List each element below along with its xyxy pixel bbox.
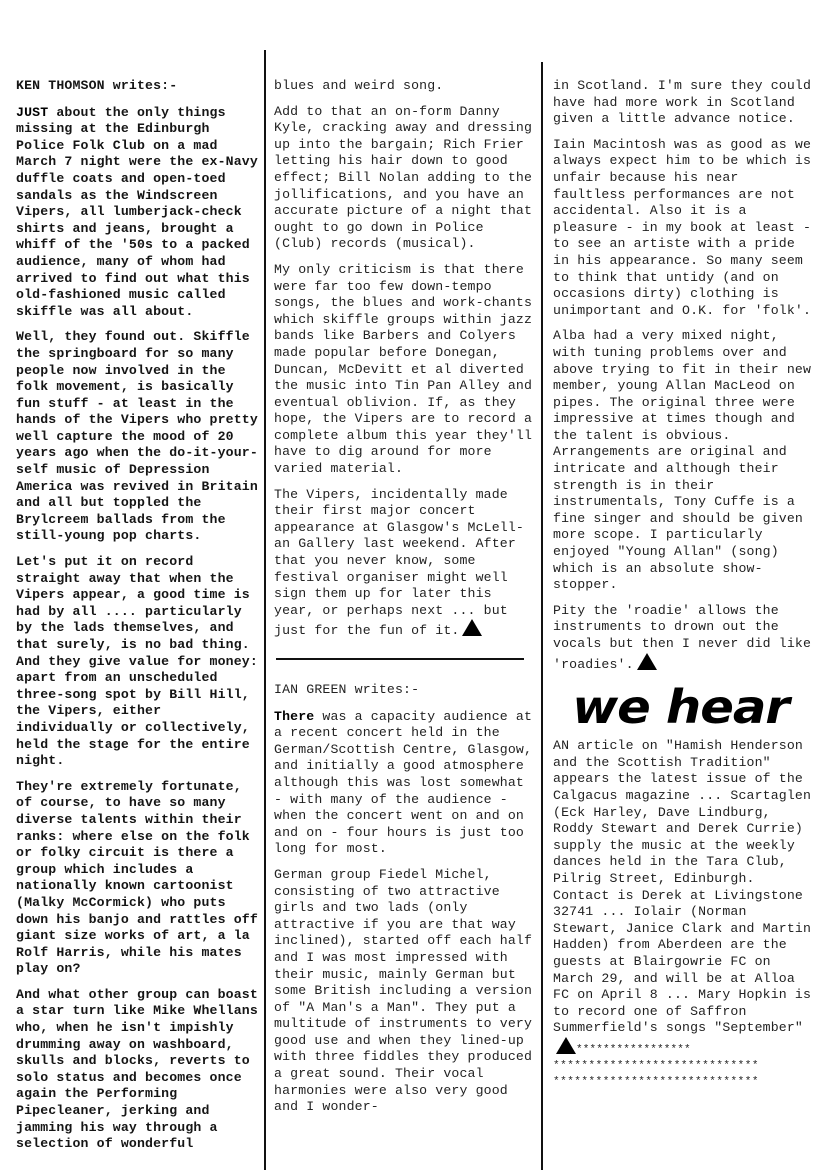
triangle-end-mark-icon [462, 619, 482, 636]
article-paragraph: Pity the 'roadie' allows the instruments… [553, 603, 818, 673]
column-right: in Scotland. I'm sure they could have ha… [553, 78, 818, 1090]
article-paragraph: The Vipers, incidentally made their firs… [274, 487, 536, 640]
we-hear-paragraph: AN article on "Hamish Henderson and the … [553, 738, 818, 1058]
column-divider-left [264, 50, 266, 1170]
article-paragraph: And what other group can boast a star tu… [16, 987, 264, 1153]
article-paragraph: German group Fiedel Michel, consisting o… [274, 867, 536, 1116]
article-paragraph: They're extremely fortunate, of course, … [16, 779, 264, 978]
article-paragraph: Alba had a very mixed night, with tuning… [553, 328, 818, 594]
star-divider: ***************************** [553, 1074, 818, 1090]
star-divider: ***************************** [553, 1058, 818, 1074]
article-paragraph: Let's put it on record straight away tha… [16, 554, 264, 770]
column-ken-thomson: KEN THOMSON writes:- JUST about the only… [16, 78, 264, 1162]
section-divider [276, 658, 524, 660]
byline-ian-green: IAN GREEN writes:- [274, 682, 536, 699]
triangle-end-mark-icon [556, 1037, 576, 1054]
article-paragraph: My only criticism is that there were far… [274, 262, 536, 478]
column-middle: blues and weird song. Add to that an on-… [274, 78, 536, 1125]
article-paragraph: JUST about the only things missing at th… [16, 105, 264, 321]
article-paragraph: Iain Macintosh was as good as we always … [553, 137, 818, 320]
article-paragraph: in Scotland. I'm sure they could have ha… [553, 78, 818, 128]
star-divider: ***************** [576, 1044, 691, 1056]
article-paragraph: Well, they found out. Skiffle the spring… [16, 329, 264, 545]
article-paragraph: blues and weird song. [274, 78, 536, 95]
article-paragraph: There was a capacity audience at a recen… [274, 709, 536, 858]
byline-ken-thomson: KEN THOMSON writes:- [16, 78, 264, 95]
article-paragraph: Add to that an on-form Danny Kyle, crack… [274, 104, 536, 253]
triangle-end-mark-icon [637, 653, 657, 670]
drop-lead-word: JUST [16, 105, 48, 120]
column-divider-right [541, 62, 543, 1170]
we-hear-heading: we hear [532, 682, 828, 732]
lead-word: There [274, 709, 314, 724]
